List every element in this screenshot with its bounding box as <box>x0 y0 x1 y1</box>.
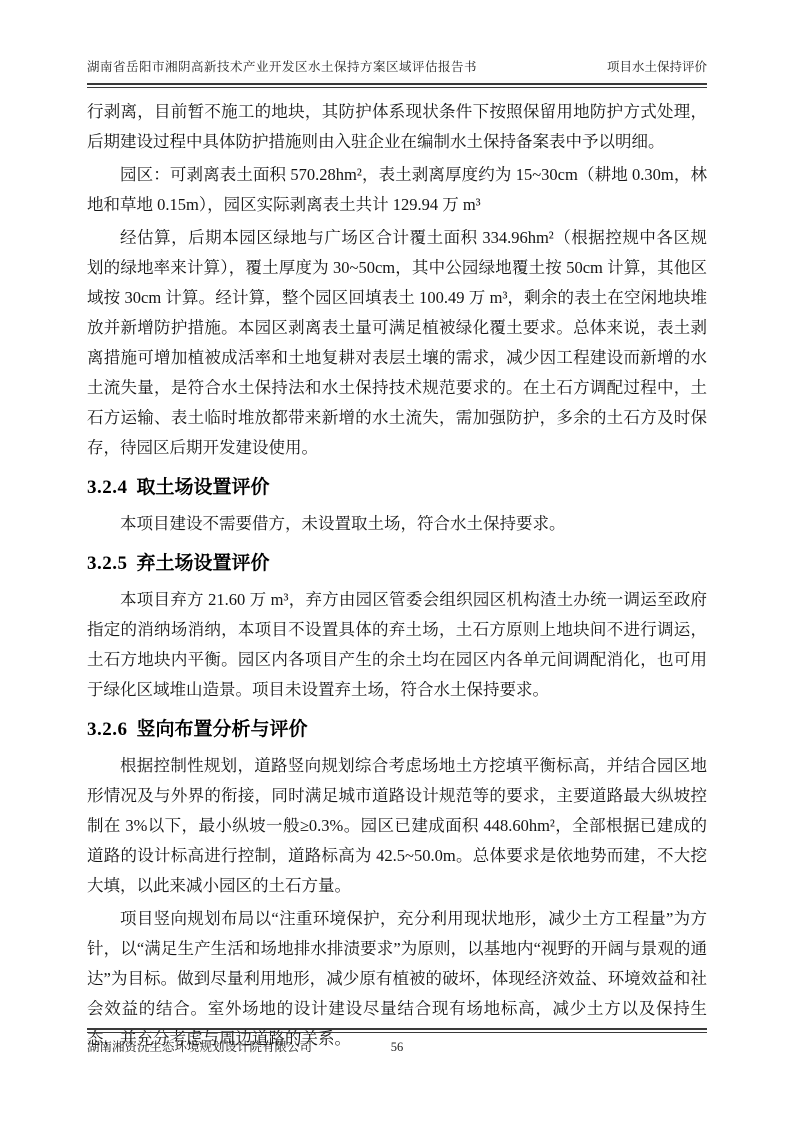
section-number: 3.2.6 <box>87 719 128 740</box>
section-heading-3-2-6: 3.2.6竖向布置分析与评价 <box>87 716 707 744</box>
footer-rule <box>87 1028 707 1033</box>
section-heading-3-2-4: 3.2.4取土场设置评价 <box>87 474 707 502</box>
section-title: 弃土场设置评价 <box>137 553 270 574</box>
section-title: 取土场设置评价 <box>137 477 270 498</box>
section-number: 3.2.5 <box>87 553 128 574</box>
footer-row: 湖南湘资沅生态环境规划设计院有限公司 56 <box>87 1038 707 1056</box>
header-left-title: 湖南省岳阳市湘阴高新技术产业开发区水土保持方案区域评估报告书 <box>87 58 477 76</box>
paragraph-continuation: 行剥离，目前暂不施工的地块，其防护体系现状条件下按照保留用地防护方式处理，后期建… <box>87 97 707 157</box>
section-heading-3-2-5: 3.2.5弃土场设置评价 <box>87 550 707 578</box>
page-footer: 湖南湘资沅生态环境规划设计院有限公司 56 <box>87 1028 707 1056</box>
section-number: 3.2.4 <box>87 477 128 498</box>
page-header: 湖南省岳阳市湘阴高新技术产业开发区水土保持方案区域评估报告书 项目水土保持评价 <box>87 58 707 83</box>
paragraph-spoil-site: 本项目弃方 21.60 万 m³，弃方由园区管委会组织园区机构渣土办统一调运至政… <box>87 585 707 705</box>
header-right-title: 项目水土保持评价 <box>607 58 707 76</box>
document-page: 湖南省岳阳市湘阴高新技术产业开发区水土保持方案区域评估报告书 项目水土保持评价 … <box>0 0 793 1122</box>
paragraph-topsoil-cover-estimate: 经估算，后期本园区绿地与广场区合计覆土面积 334.96hm²（根据控规中各区规… <box>87 223 707 463</box>
paragraph-borrow-site: 本项目建设不需要借方，未设置取土场，符合水土保持要求。 <box>87 509 707 539</box>
paragraph-vertical-layout-analysis: 根据控制性规划，道路竖向规划综合考虑场地土方挖填平衡标高，并结合园区地形情况及与… <box>87 751 707 901</box>
footer-page-number: 56 <box>87 1038 707 1056</box>
header-rule <box>87 83 707 88</box>
document-body: 行剥离，目前暂不施工的地块，其防护体系现状条件下按照保留用地防护方式处理，后期建… <box>87 97 707 1054</box>
paragraph-topsoil-stripping: 园区：可剥离表土面积 570.28hm²，表土剥离厚度约为 15~30cm（耕地… <box>87 160 707 220</box>
section-title: 竖向布置分析与评价 <box>137 719 308 740</box>
